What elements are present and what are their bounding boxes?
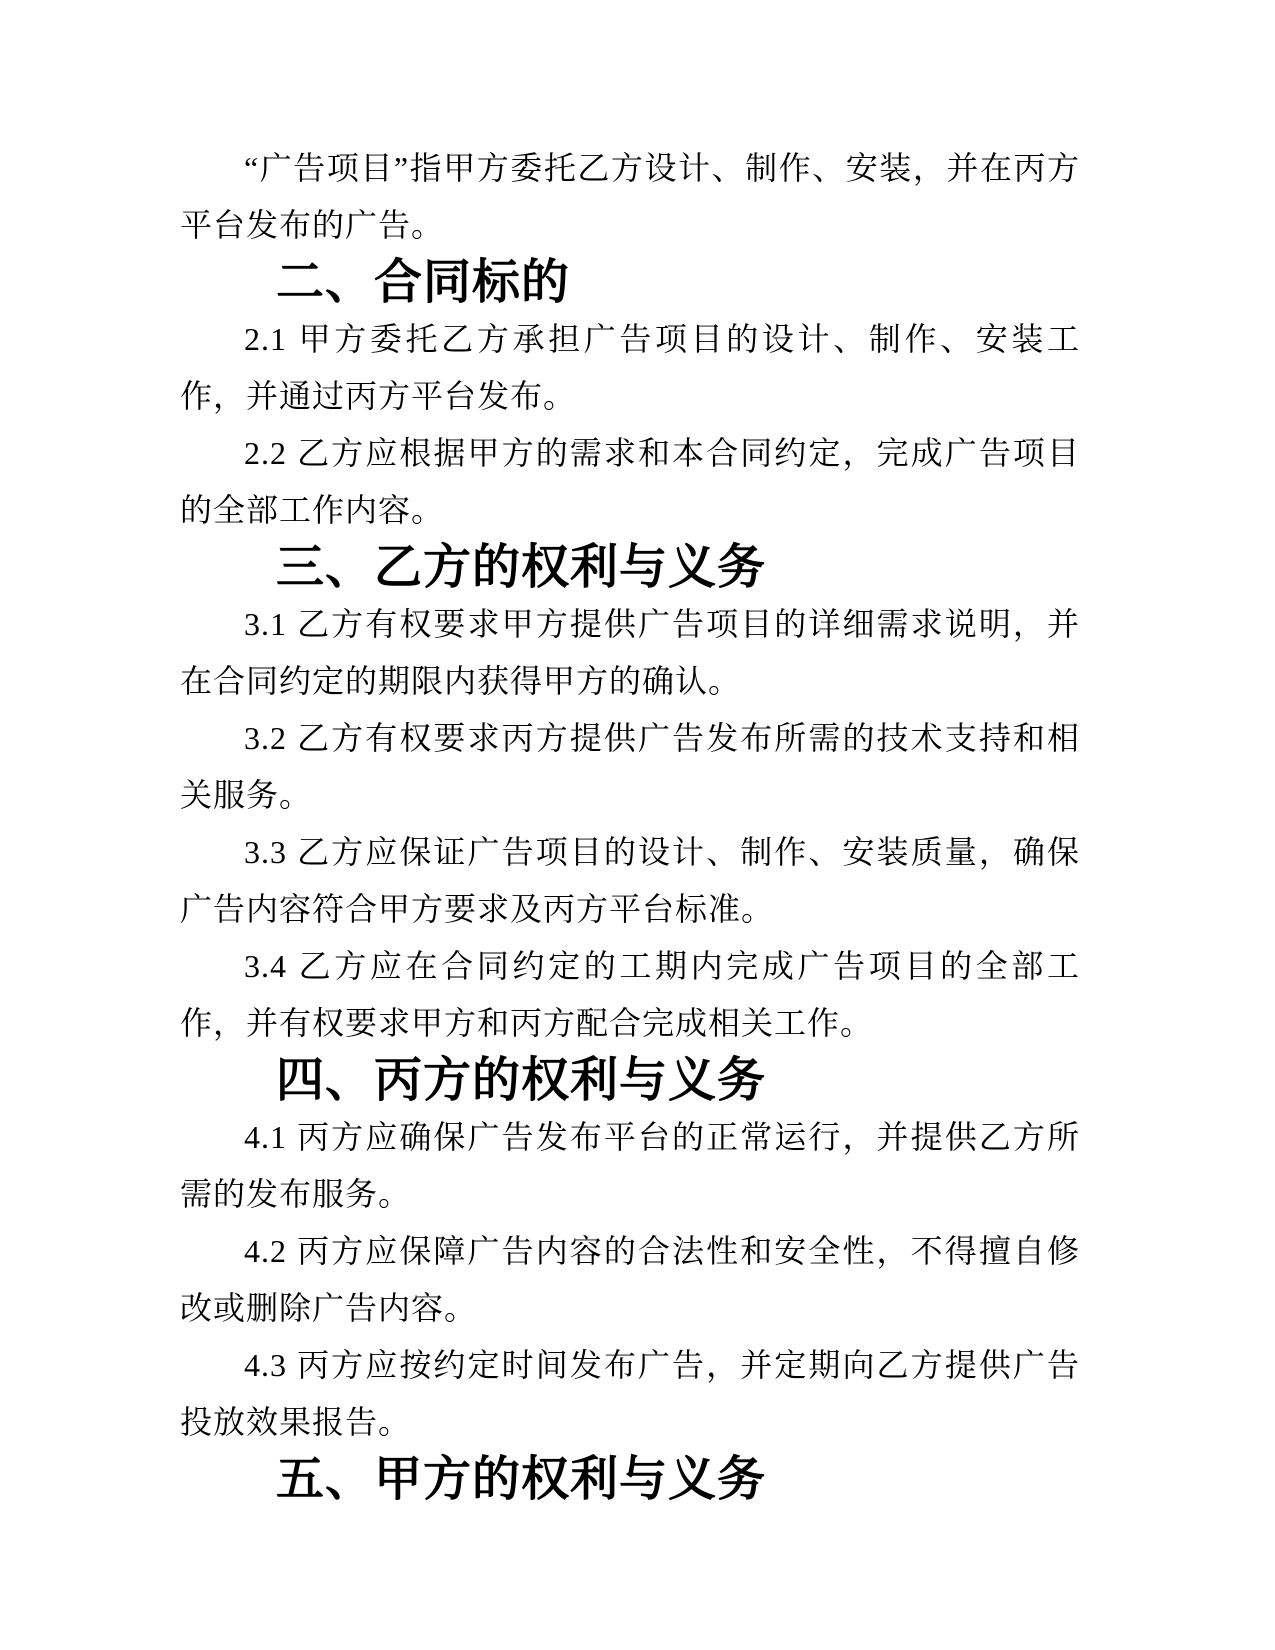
document-content: “广告项目”指甲方委托乙方设计、制作、安装，并在丙方平台发布的广告。二、合同标的…	[180, 140, 1080, 1508]
contract-paragraph: 3.3 乙方应保证广告项目的设计、制作、安装质量，确保广告内容符合甲方要求及丙方…	[180, 824, 1080, 938]
section-heading: 三、乙方的权利与义务	[180, 539, 1080, 596]
contract-paragraph: 3.1 乙方有权要求甲方提供广告项目的详细需求说明，并在合同约定的期限内获得甲方…	[180, 596, 1080, 710]
contract-paragraph: 2.1 甲方委托乙方承担广告项目的设计、制作、安装工作，并通过丙方平台发布。	[180, 311, 1080, 425]
contract-paragraph: 3.2 乙方有权要求丙方提供广告发布所需的技术支持和相关服务。	[180, 710, 1080, 824]
contract-paragraph: 4.3 丙方应按约定时间发布广告，并定期向乙方提供广告投放效果报告。	[180, 1337, 1080, 1451]
document-page: “广告项目”指甲方委托乙方设计、制作、安装，并在丙方平台发布的广告。二、合同标的…	[0, 0, 1275, 1650]
contract-paragraph: 2.2 乙方应根据甲方的需求和本合同约定，完成广告项目的全部工作内容。	[180, 425, 1080, 539]
contract-paragraph: 3.4 乙方应在合同约定的工期内完成广告项目的全部工作，并有权要求甲方和丙方配合…	[180, 938, 1080, 1052]
section-heading: 五、甲方的权利与义务	[180, 1451, 1080, 1508]
contract-paragraph: 4.1 丙方应确保广告发布平台的正常运行，并提供乙方所需的发布服务。	[180, 1109, 1080, 1223]
section-heading: 二、合同标的	[180, 254, 1080, 311]
contract-paragraph: “广告项目”指甲方委托乙方设计、制作、安装，并在丙方平台发布的广告。	[180, 140, 1080, 254]
section-heading: 四、丙方的权利与义务	[180, 1052, 1080, 1109]
contract-paragraph: 4.2 丙方应保障广告内容的合法性和安全性，不得擅自修改或删除广告内容。	[180, 1223, 1080, 1337]
